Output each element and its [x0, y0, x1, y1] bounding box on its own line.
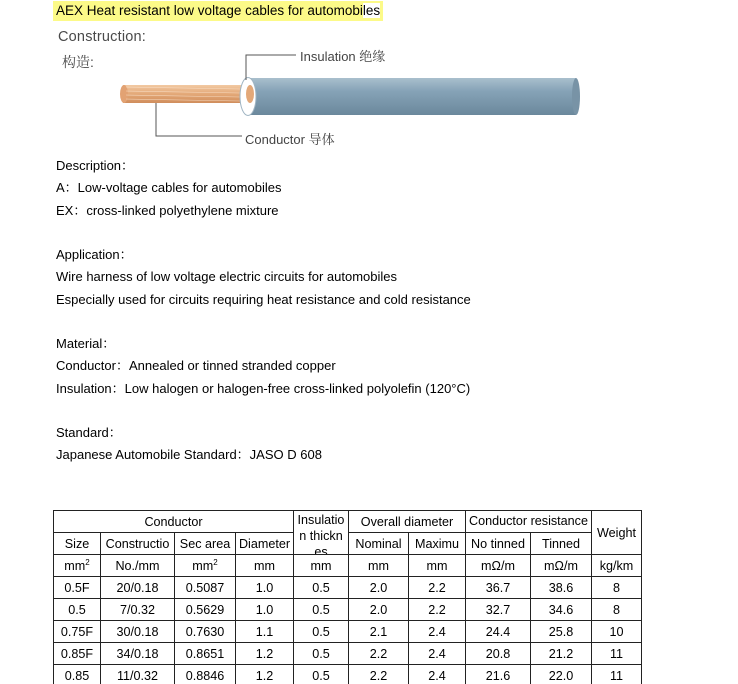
table-cell: 20.8 — [466, 643, 531, 665]
table-cell: 38.6 — [531, 577, 592, 599]
material-line: Conductor：Annealed or tinned stranded co… — [56, 355, 470, 377]
material-line: Insulation：Low halogen or halogen-free c… — [56, 378, 470, 400]
standard-line: Japanese Automobile Standard：JASO D 608 — [56, 444, 322, 466]
table-cell: 0.85 — [54, 665, 101, 684]
description-line: EX：cross-linked polyethylene mixture — [56, 200, 281, 222]
table-cell: 2.2 — [409, 599, 466, 621]
unit-cell: mm — [349, 555, 409, 577]
table-cell: 2.2 — [409, 577, 466, 599]
table-cell: 0.8651 — [175, 643, 236, 665]
table-cell: 1.2 — [236, 665, 294, 684]
table-cell: 2.0 — [349, 577, 409, 599]
header-nominal: Nominal — [349, 533, 409, 555]
standard-section: Standard： Japanese Automobile Standard：J… — [56, 422, 322, 467]
material-section: Material： Conductor：Annealed or tinned s… — [56, 333, 470, 400]
unit-cell: mm2 — [175, 555, 236, 577]
page-title: AEX Heat resistant low voltage cables fo… — [53, 1, 383, 21]
table-cell: 0.5 — [54, 599, 101, 621]
insulation-header-text: Insulatio n thicknes — [296, 512, 346, 554]
table-cell: 0.5F — [54, 577, 101, 599]
table-row: 0.57/0.320.56291.00.52.02.232.734.68 — [54, 599, 642, 621]
header-overall-diameter: Overall diameter — [349, 511, 466, 533]
insulation-label: Insulation 绝缘 — [300, 46, 385, 65]
table-cell: 1.0 — [236, 599, 294, 621]
table-cell: 25.8 — [531, 621, 592, 643]
unit-cell: mm — [294, 555, 349, 577]
table-cell: 0.5 — [294, 599, 349, 621]
table-cell: 0.8846 — [175, 665, 236, 684]
table-cell: 36.7 — [466, 577, 531, 599]
table-cell: 0.75F — [54, 621, 101, 643]
header-maximum: Maximu — [409, 533, 466, 555]
standard-heading: Standard： — [56, 422, 322, 444]
unit-cell: mm — [236, 555, 294, 577]
table-cell: 2.4 — [409, 643, 466, 665]
spec-table: Conductor Insulatio n thicknes Overall d… — [53, 510, 642, 684]
table-cell: 2.4 — [409, 665, 466, 684]
table-cell: 10 — [592, 621, 642, 643]
header-conductor: Conductor — [54, 511, 294, 533]
table-row: 0.85F34/0.180.86511.20.52.22.420.821.211 — [54, 643, 642, 665]
table-cell: 2.4 — [409, 621, 466, 643]
unit-cell: mm — [409, 555, 466, 577]
table-cell: 0.85F — [54, 643, 101, 665]
title-highlighted: AEX Heat resistant low voltage cables fo… — [56, 3, 363, 18]
table-cell: 0.5 — [294, 577, 349, 599]
resistance-header-text: Conductor resistance — [466, 513, 591, 530]
table-row: 0.8511/0.320.88461.20.52.22.421.622.011 — [54, 665, 642, 684]
unit-cell: mΩ/m — [466, 555, 531, 577]
table-cell: 7/0.32 — [101, 599, 175, 621]
table-cell: 0.5 — [294, 665, 349, 684]
table-cell: 20/0.18 — [101, 577, 175, 599]
table-row: 0.5F20/0.180.50871.00.52.02.236.738.68 — [54, 577, 642, 599]
table-cell: 1.2 — [236, 643, 294, 665]
units-row: mm2No./mmmm2mmmmmmmmmΩ/mmΩ/mkg/km — [54, 555, 642, 577]
material-heading: Material： — [56, 333, 470, 355]
conductor-label: Conductor 导体 — [245, 129, 335, 148]
table-cell: 34.6 — [531, 599, 592, 621]
unit-cell: kg/km — [592, 555, 642, 577]
application-line: Wire harness of low voltage electric cir… — [56, 266, 471, 288]
data-rows: 0.5F20/0.180.50871.00.52.02.236.738.680.… — [54, 577, 642, 684]
table-cell: 22.0 — [531, 665, 592, 684]
application-heading: Application： — [56, 244, 471, 266]
table-cell: 30/0.18 — [101, 621, 175, 643]
table-cell: 2.2 — [349, 643, 409, 665]
header-construction: Constructio — [101, 533, 175, 555]
header-sec-area: Sec area — [175, 533, 236, 555]
table-cell: 8 — [592, 577, 642, 599]
construction-heading-cn: 构造: — [62, 52, 94, 72]
unit-cell: mm2 — [54, 555, 101, 577]
header-conductor-resistance: Conductor resistance — [466, 511, 592, 533]
header-weight: Weight — [592, 511, 642, 555]
table-cell: 1.1 — [236, 621, 294, 643]
table-cell: 32.7 — [466, 599, 531, 621]
header-insulation-thickness: Insulatio n thicknes — [294, 511, 349, 555]
table-cell: 11 — [592, 665, 642, 684]
table-row: 0.75F30/0.180.76301.10.52.12.424.425.810 — [54, 621, 642, 643]
table-cell: 2.2 — [349, 665, 409, 684]
header-no-tinned: No tinned — [466, 533, 531, 555]
unit-cell: mΩ/m — [531, 555, 592, 577]
table-cell: 0.5087 — [175, 577, 236, 599]
table-cell: 24.4 — [466, 621, 531, 643]
table-cell: 11 — [592, 643, 642, 665]
table-cell: 21.6 — [466, 665, 531, 684]
description-heading: Description： — [56, 155, 281, 177]
table-cell: 8 — [592, 599, 642, 621]
description-section: Description： A：Low-voltage cables for au… — [56, 155, 281, 222]
cable-diagram: Insulation 绝缘 Conductor 导体 — [100, 40, 600, 155]
table-cell: 0.5 — [294, 643, 349, 665]
table-cell: 11/0.32 — [101, 665, 175, 684]
table-cell: 0.7630 — [175, 621, 236, 643]
table-cell: 1.0 — [236, 577, 294, 599]
table-cell: 21.2 — [531, 643, 592, 665]
description-line: A：Low-voltage cables for automobiles — [56, 177, 281, 199]
table-cell: 0.5 — [294, 621, 349, 643]
header-size: Size — [54, 533, 101, 555]
application-section: Application： Wire harness of low voltage… — [56, 244, 471, 311]
insulation-sheath — [248, 78, 576, 115]
table-cell: 2.1 — [349, 621, 409, 643]
header-tinned: Tinned — [531, 533, 592, 555]
application-line: Especially used for circuits requiring h… — [56, 289, 471, 311]
title-tail: les — [363, 3, 380, 18]
unit-cell: No./mm — [101, 555, 175, 577]
table-cell: 0.5629 — [175, 599, 236, 621]
table-cell: 34/0.18 — [101, 643, 175, 665]
table-cell: 2.0 — [349, 599, 409, 621]
header-diameter: Diameter — [236, 533, 294, 555]
